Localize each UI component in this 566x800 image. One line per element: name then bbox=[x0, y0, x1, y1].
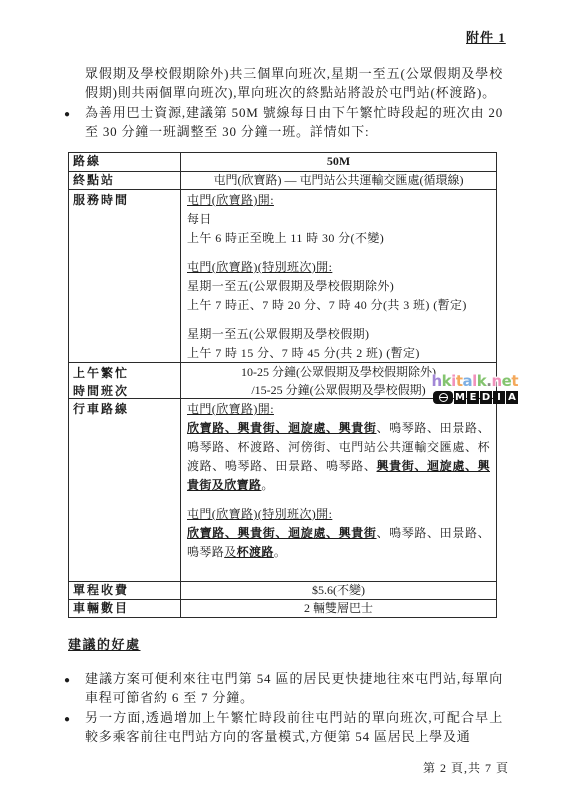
intro-bullet-text: 為善用巴士資源,建議第 50M 號線每日由下午繁忙時段起的班次由 20 至 30… bbox=[85, 105, 503, 139]
routing-segment: 。 bbox=[274, 545, 286, 559]
watermark: hkitalk.net M E D I A bbox=[424, 374, 518, 404]
row-header-routing: 行車路線 bbox=[69, 399, 181, 581]
spacer bbox=[187, 495, 490, 505]
bullet-icon: ● bbox=[64, 105, 70, 124]
routing-segment: 。 bbox=[261, 478, 273, 492]
logo-letter: h bbox=[431, 372, 441, 390]
routing-segment: 及 bbox=[224, 545, 236, 559]
media-letter-block: M bbox=[454, 391, 466, 404]
routing-value: 屯門(欣寶路)開: 欣寶路、興貴街、迴旋處、興貴街、鳴琴路、田景路、鳴琴路、杯渡… bbox=[181, 399, 496, 581]
logo-letter: k bbox=[442, 372, 451, 390]
routing-special-paragraph: 欣寶路、興貴街、迴旋處、興貴街、鳴琴路、田景路、鳴琴路及杯渡路。 bbox=[187, 524, 490, 562]
row-header-vehicles: 車輛數目 bbox=[69, 600, 181, 617]
service-hours-line: 上午 7 時正、7 時 20 分、7 時 40 分(共 3 班) (暫定) bbox=[187, 296, 490, 315]
bullet-icon: ● bbox=[64, 710, 70, 729]
fare-value: $5.6(不變) bbox=[181, 582, 496, 599]
service-hours-line: 上午 6 時正至晚上 11 時 30 分(不變) bbox=[187, 229, 490, 248]
benefit-text: 另一方面,透過增加上午繁忙時段前往屯門站的單向班次,可配合早上較多乘客前往屯門站… bbox=[85, 710, 503, 744]
routing-segment: 杯渡路 bbox=[237, 545, 274, 559]
service-hours-value: 屯門(欣寶路)開: 每日 上午 6 時正至晚上 11 時 30 分(不變) 屯門… bbox=[181, 190, 496, 362]
logo-letter: k bbox=[477, 372, 486, 390]
table-row-fare: 單程收費 $5.6(不變) bbox=[69, 581, 496, 599]
routing-segment: 欣寶路、興貴街、迴旋處、興貴街 bbox=[187, 421, 377, 435]
table-row-terminus: 終點站 屯門(欣寶路) — 屯門站公共運輸交匯處(循環線) bbox=[69, 171, 496, 189]
hkitalk-media-icon bbox=[433, 391, 453, 404]
row-header-terminus: 終點站 bbox=[69, 172, 181, 189]
row-header-am-peak: 上午繁忙 時間班次 bbox=[69, 363, 181, 398]
row-header-fare: 單程收費 bbox=[69, 582, 181, 599]
routing-main-paragraph: 欣寶路、興貴街、迴旋處、興貴街、鳴琴路、田景路、鳴琴路、杯渡路、河傍街、屯門站公… bbox=[187, 419, 490, 495]
service-hours-line: 星期一至五(公眾假期及學校假期除外) bbox=[187, 277, 490, 296]
service-hours-line: 上午 7 時 15 分、7 時 45 分(共 2 班) (暫定) bbox=[187, 344, 490, 362]
row-header-service-hours: 服務時間 bbox=[69, 190, 181, 362]
terminus-value: 屯門(欣寶路) — 屯門站公共運輸交匯處(循環線) bbox=[181, 172, 496, 189]
route-number: 50M bbox=[181, 153, 496, 171]
benefit-text: 建議方案可便利來往屯門第 54 區的居民更快捷地往來屯門站,每單向車程可節省約 … bbox=[85, 671, 503, 705]
logo-letter: t bbox=[511, 372, 518, 390]
spacer bbox=[187, 248, 490, 258]
service-hours-open-header: 屯門(欣寶路)開: bbox=[187, 191, 490, 210]
hkitalk-logo: hkitalk.net bbox=[424, 374, 518, 389]
benefits-heading: 建議的好處 bbox=[68, 634, 141, 653]
intro-section: 眾假期及學校假期除外)共三個單向班次,星期一至五(公眾假期及學校假期)則共兩個單… bbox=[85, 64, 503, 141]
media-letter-block: D bbox=[480, 391, 492, 404]
logo-letter: a bbox=[462, 372, 472, 390]
document-page: 附件 1 眾假期及學校假期除外)共三個單向班次,星期一至五(公眾假期及學校假期)… bbox=[0, 0, 566, 800]
table-row-vehicles: 車輛數目 2 輛雙層巴士 bbox=[69, 599, 496, 617]
page-number: 第 2 頁,共 7 頁 bbox=[423, 759, 509, 776]
bullet-icon: ● bbox=[64, 671, 70, 690]
benefit-bullet-item: ● 建議方案可便利來往屯門第 54 區的居民更快捷地往來屯門站,每單向車程可節省… bbox=[85, 669, 503, 708]
service-hours-line: 星期一至五(公眾假期及學校假期) bbox=[187, 325, 490, 344]
media-letter-block: I bbox=[493, 391, 505, 404]
appendix-label: 附件 1 bbox=[466, 27, 506, 46]
table-row-service-hours: 服務時間 屯門(欣寶路)開: 每日 上午 6 時正至晚上 11 時 30 分(不… bbox=[69, 189, 496, 362]
benefit-bullet-item: ● 另一方面,透過增加上午繁忙時段前往屯門站的單向班次,可配合早上較多乘客前往屯… bbox=[85, 708, 503, 747]
benefits-section: ● 建議方案可便利來往屯門第 54 區的居民更快捷地往來屯門站,每單向車程可節省… bbox=[85, 669, 503, 746]
table-row-routing: 行車路線 屯門(欣寶路)開: 欣寶路、興貴街、迴旋處、興貴街、鳴琴路、田景路、鳴… bbox=[69, 398, 496, 581]
service-hours-special-header: 屯門(欣寶路)(特別班次)開: bbox=[187, 258, 490, 277]
media-letter-block: A bbox=[506, 391, 518, 404]
service-hours-line: 每日 bbox=[187, 210, 490, 229]
media-letter-block: E bbox=[467, 391, 479, 404]
intro-bullet-item: ● 為善用巴士資源,建議第 50M 號線每日由下午繁忙時段起的班次由 20 至 … bbox=[85, 103, 503, 142]
table-row-route: 路線 50M bbox=[69, 153, 496, 171]
vehicles-value: 2 輛雙層巴士 bbox=[181, 600, 496, 617]
intro-continuation-paragraph: 眾假期及學校假期除外)共三個單向班次,星期一至五(公眾假期及學校假期)則共兩個單… bbox=[85, 64, 503, 103]
icon-bar bbox=[440, 397, 447, 399]
media-badge: M E D I A bbox=[424, 391, 518, 404]
routing-segment: 欣寶路、興貴街、迴旋處、興貴街 bbox=[187, 526, 377, 540]
spacer bbox=[187, 315, 490, 325]
row-header-route: 路線 bbox=[69, 153, 181, 171]
routing-special-header: 屯門(欣寶路)(特別班次)開: bbox=[187, 505, 490, 524]
logo-letter: n bbox=[491, 372, 501, 390]
logo-letter: e bbox=[502, 372, 512, 390]
